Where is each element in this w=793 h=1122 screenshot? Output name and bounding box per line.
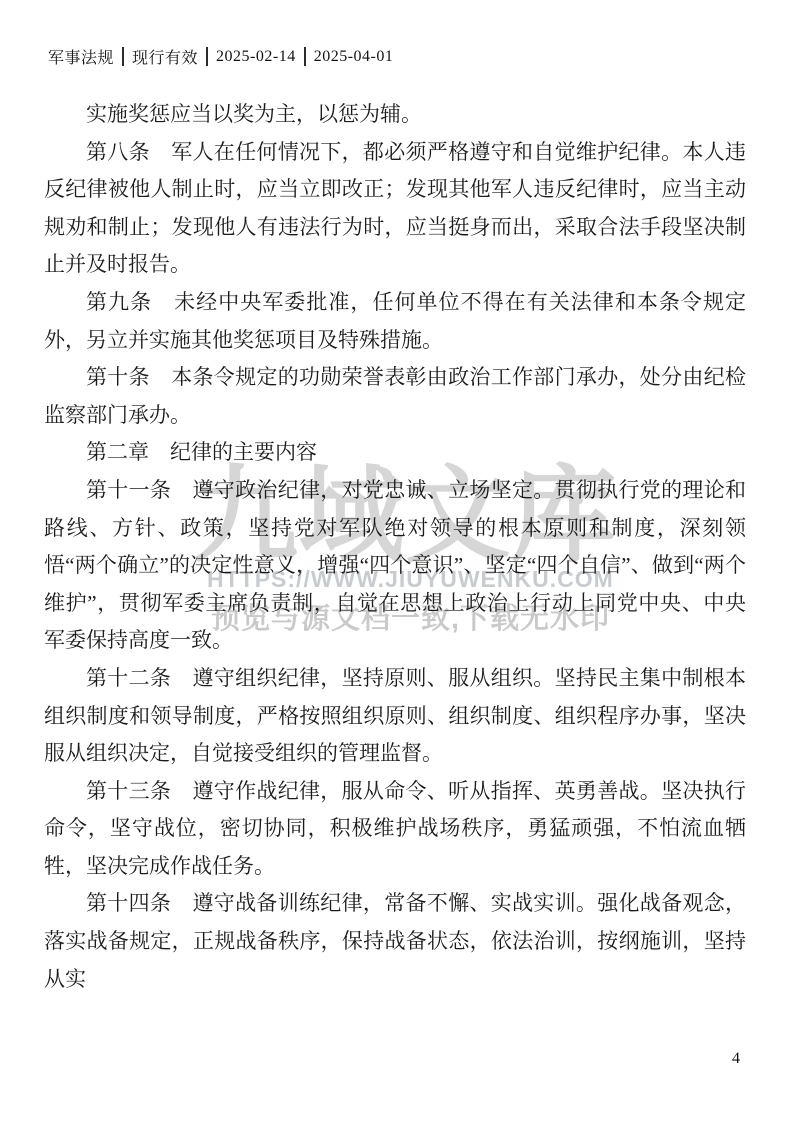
paragraph-article-12: 第十二条 遵守组织纪律，坚持原则、服从组织。坚持民主集中制根本组织制度和领导制度… (44, 660, 746, 773)
paragraph-article-8: 第八条 军人在任何情况下，都必须严格遵守和自觉维护纪律。本人违反纪律被他人制止时… (44, 134, 746, 284)
document-page: 军事法规 现行有效 2025-02-14 2025-04-01 九域文库 HTT… (0, 0, 793, 1122)
paragraph-article-14: 第十四条 遵守战备训练纪律，常备不懈、实战实训。强化战备观念，落实战备规定，正规… (44, 885, 746, 998)
header-status: 现行有效 (132, 45, 198, 68)
page-number: 4 (732, 1050, 740, 1068)
header-category: 军事法规 (48, 45, 114, 68)
header-effective-date: 2025-04-01 (314, 48, 394, 66)
chapter-2-heading: 第二章 纪律的主要内容 (44, 434, 746, 472)
header-separator (206, 47, 208, 66)
paragraph-article-11: 第十一条 遵守政治纪律，对党忠诚、立场坚定。贯彻执行党的理论和路线、方针、政策，… (44, 472, 746, 660)
header-separator (122, 47, 124, 66)
document-body: 实施奖惩应当以奖为主，以惩为辅。 第八条 军人在任何情况下，都必须严格遵守和自觉… (44, 96, 746, 998)
header-separator (304, 47, 306, 66)
header-publish-date: 2025-02-14 (216, 48, 296, 66)
document-header: 军事法规 现行有效 2025-02-14 2025-04-01 (48, 45, 393, 68)
paragraph-reward-principle: 实施奖惩应当以奖为主，以惩为辅。 (44, 96, 746, 134)
paragraph-article-9: 第九条 未经中央军委批准，任何单位不得在有关法律和本条令规定外，另立并实施其他奖… (44, 284, 746, 359)
paragraph-article-10: 第十条 本条令规定的功勋荣誉表彰由政治工作部门承办，处分由纪检监察部门承办。 (44, 359, 746, 434)
paragraph-article-13: 第十三条 遵守作战纪律，服从命令、听从指挥、英勇善战。坚决执行命令，坚守战位，密… (44, 773, 746, 886)
